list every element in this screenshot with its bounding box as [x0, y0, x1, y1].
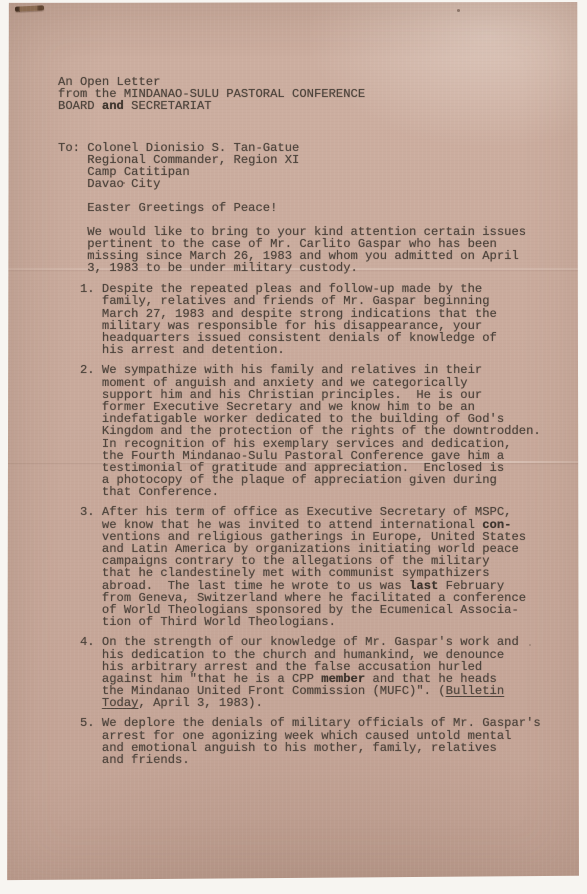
letter-block-addressee: To: Colonel Dionisio S. Tan-Gatue Region… — [58, 142, 541, 191]
letter-line: that Conference. — [58, 486, 541, 498]
letter-block-item-5: 5. We deplore the denials of military of… — [58, 717, 541, 766]
letter-block-item-1: 1. Despite the repeated pleas and follow… — [58, 283, 541, 356]
letter-block-item-3: 3. After his term of office as Executive… — [58, 506, 541, 628]
letter-line: tion of Third World Theologians. — [58, 616, 541, 628]
letter-block-header: An Open Letterfrom the MINDANAO-SULU PAS… — [58, 76, 541, 113]
letter-block-item-4: 4. On the strength of our knowledge of M… — [58, 636, 541, 709]
letter-block-greeting: Easter Greetings of Peace! — [58, 202, 541, 214]
scan-background: An Open Letterfrom the MINDANAO-SULU PAS… — [0, 0, 587, 894]
letter-text: An Open Letterfrom the MINDANAO-SULU PAS… — [58, 76, 541, 766]
letter-page: An Open Letterfrom the MINDANAO-SULU PAS… — [6, 2, 579, 881]
letter-line: and friends. — [58, 754, 541, 766]
letter-block-item-2: 2. We sympathize with his family and rel… — [58, 364, 541, 498]
letter-block-intro: We would like to bring to your kind atte… — [58, 226, 541, 275]
letter-line: BOARD and SECRETARIAT — [58, 100, 541, 112]
letter-line: Easter Greetings of Peace! — [58, 202, 541, 214]
letter-line: Today, April 3, 1983). — [58, 697, 541, 709]
letter-line: his arrest and detention. — [58, 344, 541, 356]
staple-mark — [15, 5, 44, 12]
letter-line: 3, 1983 to be under military custody. — [58, 262, 541, 274]
ink-speck — [457, 9, 460, 12]
letter-line: Davao City — [58, 178, 541, 190]
